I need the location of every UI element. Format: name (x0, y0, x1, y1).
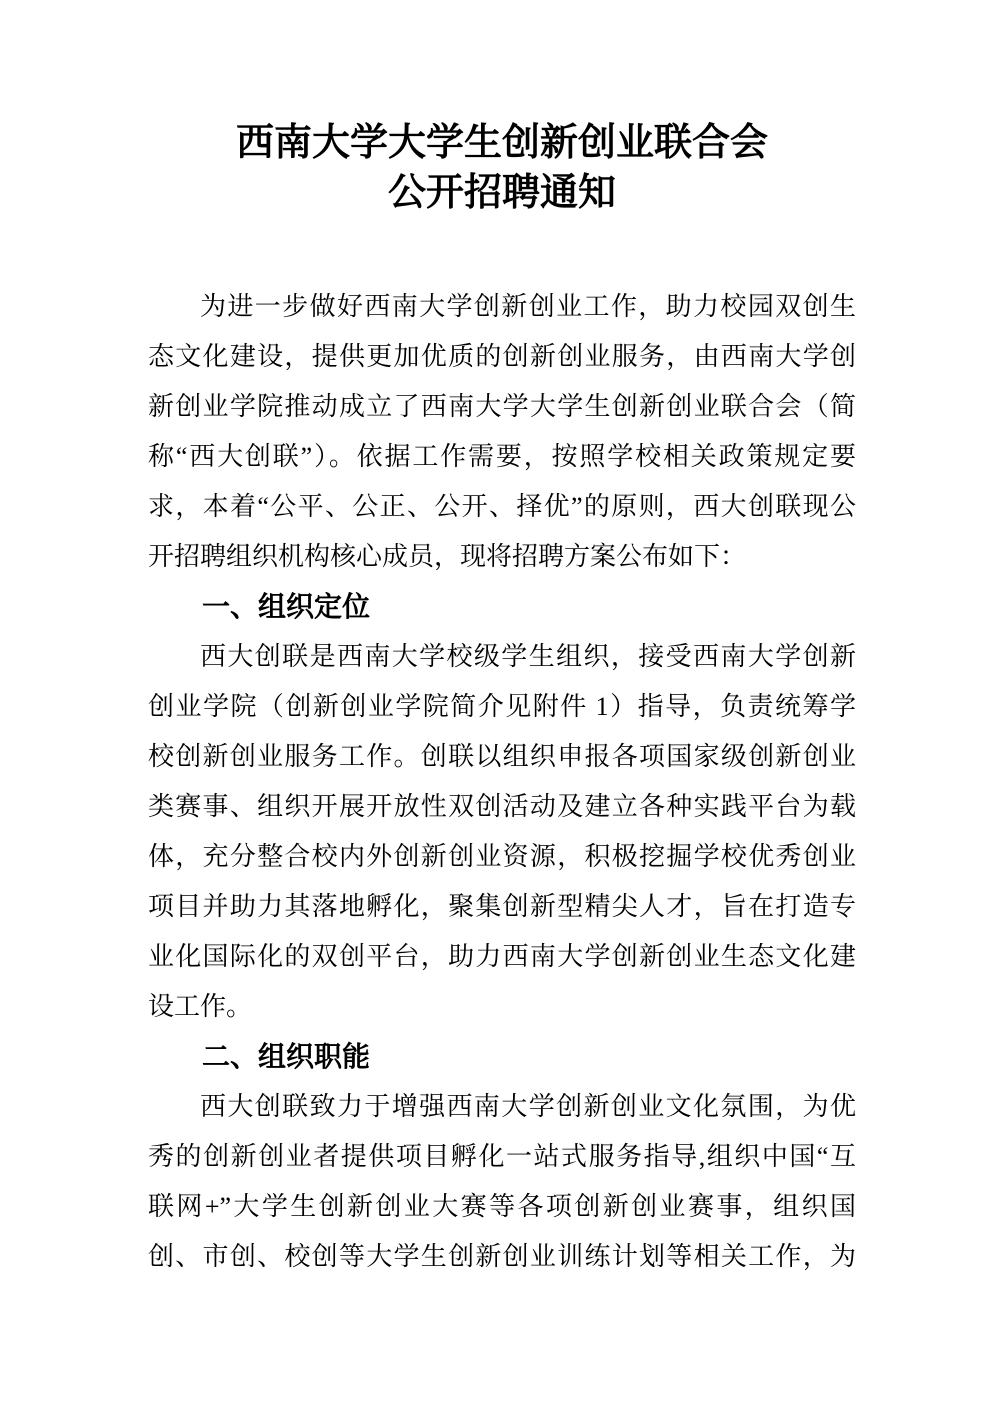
text-line: 称“西大创联”）。依据工作需要，按照学校相关政策规定要 (148, 432, 856, 482)
paragraph: 为进一步做好西南大学创新创业工作，助力校园双创生态文化建设，提供更加优质的创新创… (148, 282, 856, 582)
section-heading: 二、组织职能 (148, 1032, 856, 1082)
text-line: 求，本着“公平、公正、公开、择优”的原则，西大创联现公 (148, 482, 856, 532)
document: 西南大学大学生创新创业联合会 公开招聘通知 为进一步做好西南大学创新创业工作，助… (148, 0, 856, 1282)
title-line-1: 西南大学大学生创新创业联合会 (148, 118, 856, 168)
text-line: 业化国际化的双创平台，助力西南大学创新创业生态文化建 (148, 932, 856, 982)
text-line: 西大创联是西南大学校级学生组织，接受西南大学创新 (148, 632, 856, 682)
text-line: 项目并助力其落地孵化，聚集创新型精尖人才，旨在打造专 (148, 882, 856, 932)
section-heading: 一、组织定位 (148, 582, 856, 632)
document-title: 西南大学大学生创新创业联合会 公开招聘通知 (148, 0, 856, 218)
text-line: 创业学院（创新创业学院简介见附件 1）指导，负责统筹学 (148, 682, 856, 732)
text-line: 创、市创、校创等大学生创新创业训练计划等相关工作，为 (148, 1232, 856, 1282)
text-line: 体，充分整合校内外创新创业资源，积极挖掘学校优秀创业 (148, 832, 856, 882)
paragraph: 西大创联是西南大学校级学生组织，接受西南大学创新创业学院（创新创业学院简介见附件… (148, 632, 856, 1032)
text-line: 校创新创业服务工作。创联以组织申报各项国家级创新创业 (148, 732, 856, 782)
document-body: 为进一步做好西南大学创新创业工作，助力校园双创生态文化建设，提供更加优质的创新创… (148, 282, 856, 1282)
text-line: 态文化建设，提供更加优质的创新创业服务，由西南大学创 (148, 332, 856, 382)
text-line: 西大创联致力于增强西南大学创新创业文化氛围，为优 (148, 1082, 856, 1132)
title-line-2: 公开招聘通知 (148, 168, 856, 218)
text-line: 为进一步做好西南大学创新创业工作，助力校园双创生 (148, 282, 856, 332)
text-line: 类赛事、组织开展开放性双创活动及建立各种实践平台为载 (148, 782, 856, 832)
text-line: 开招聘组织机构核心成员，现将招聘方案公布如下： (148, 532, 856, 582)
text-line: 联网+”大学生创新创业大赛等各项创新创业赛事，组织国 (148, 1182, 856, 1232)
text-line: 新创业学院推动成立了西南大学大学生创新创业联合会（简 (148, 382, 856, 432)
text-line: 设工作。 (148, 982, 856, 1032)
page: 西南大学大学生创新创业联合会 公开招聘通知 为进一步做好西南大学创新创业工作，助… (0, 0, 1000, 1414)
paragraph: 西大创联致力于增强西南大学创新创业文化氛围，为优秀的创新创业者提供项目孵化一站式… (148, 1082, 856, 1282)
text-line: 秀的创新创业者提供项目孵化一站式服务指导,组织中国“互 (148, 1132, 856, 1182)
